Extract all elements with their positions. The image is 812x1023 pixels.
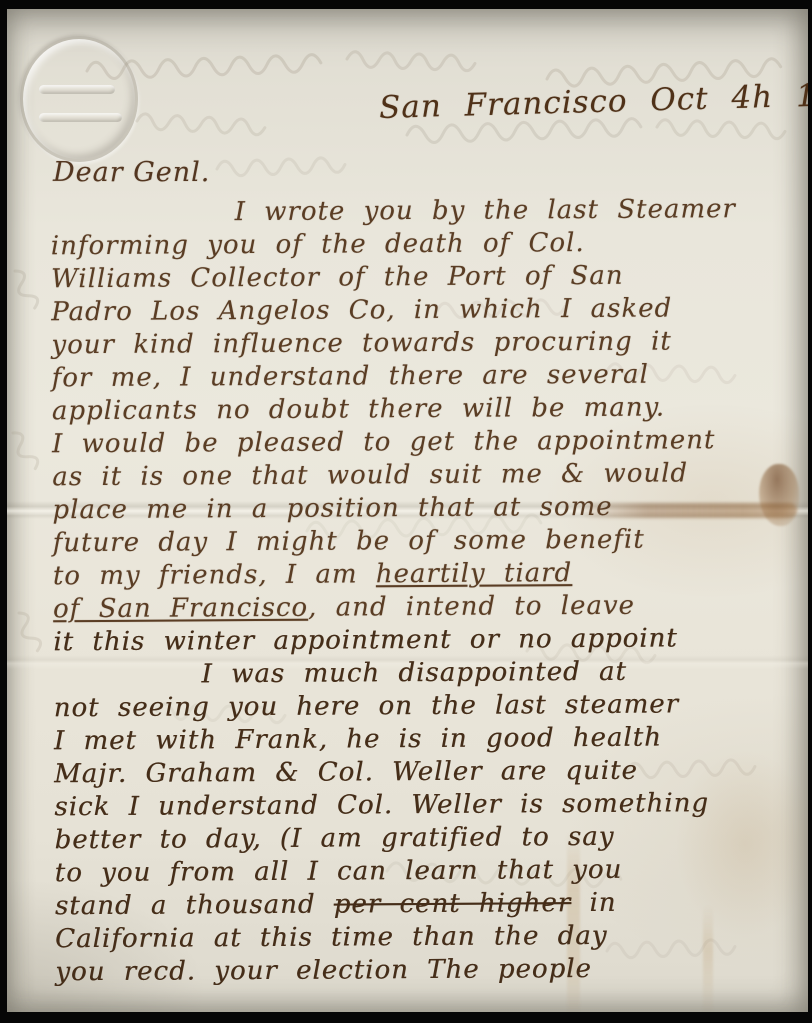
letter-text-segment: Williams Collector of the Port of San	[51, 261, 624, 294]
letter-text-segment: stand a thousand	[55, 890, 334, 922]
letter-line: you recd. your election The people	[55, 952, 803, 990]
letter-line: of San Francisco, and intend to leave	[53, 589, 801, 627]
letter-text-segment: I wrote you by the last Steamer	[235, 194, 736, 227]
letter-line: stand a thousand per cent higher in	[55, 886, 803, 924]
scan-border: San Francisco Oct 4h 1856 Dear Genl. I w…	[0, 0, 812, 1023]
letter-line: I met with Frank, he is in good health	[54, 721, 802, 759]
letter-text-segment: you recd. your election The people	[55, 954, 592, 987]
letter-text-segment: I would be pleased to get the appointmen…	[52, 425, 716, 459]
letter-text-segment: informing you of the death of Col.	[51, 228, 585, 261]
letter-line: sick I understand Col. Weller is somethi…	[54, 787, 802, 825]
letter-text-segment: I was much disappointed at	[201, 657, 627, 690]
salutation: Dear Genl.	[53, 157, 210, 188]
letter-text-segment: to my friends, I am	[53, 559, 376, 591]
letter-line: place me in a position that at some	[52, 490, 800, 528]
letter-line: Williams Collector of the Port of San	[51, 259, 799, 297]
letter-line: to my friends, I am heartily tiard	[53, 556, 801, 594]
letter-text-segment: your kind influence towards procuring it	[51, 327, 671, 361]
letter-line: as it is one that would suit me & would	[52, 457, 800, 495]
letter-text-segment: future day I might be of some benefit	[53, 525, 645, 559]
letter-text-segment: in	[571, 888, 617, 918]
letter-text-segment: heartily tiard	[376, 558, 573, 589]
letter-text-segment: applicants no doubt there will be many.	[52, 393, 665, 427]
letter-line: your kind influence towards procuring it	[51, 325, 799, 363]
letter-line: to you from all I can learn that you	[55, 853, 803, 891]
letter-line: future day I might be of some benefit	[53, 523, 801, 561]
letter-text-segment: not seeing you here on the last steamer	[54, 689, 679, 723]
dateline: San Francisco Oct 4h 1856	[379, 76, 808, 126]
letter-text-segment: for me, I understand there are several	[52, 360, 649, 394]
letter-text-segment: Majr. Graham & Col. Weller are quite	[54, 756, 638, 790]
letter-text-segment: I met with Frank, he is in good health	[54, 723, 662, 757]
letter-line: Majr. Graham & Col. Weller are quite	[54, 754, 802, 792]
letter-text-segment: better to day, (I am gratified to say	[54, 822, 614, 855]
letter-body: I wrote you by the last Steamerinforming…	[51, 193, 804, 990]
letter-text-segment: place me in a position that at some	[52, 492, 612, 525]
letter-text-segment: per cent higher	[334, 888, 572, 919]
letter-text-segment: as it is one that would suit me & would	[52, 458, 688, 492]
embossed-seal	[20, 36, 138, 162]
letter-text-segment: to you from all I can learn that you	[55, 855, 623, 888]
letter-line: for me, I understand there are several	[52, 358, 800, 396]
letter-line: I wrote you by the last Steamer	[235, 193, 799, 229]
letter-page: San Francisco Oct 4h 1856 Dear Genl. I w…	[7, 9, 808, 1012]
letter-line: not seeing you here on the last steamer	[54, 688, 802, 726]
letter-line: I would be pleased to get the appointmen…	[52, 424, 800, 462]
letter-text-segment: it this winter appointment or no appoint	[53, 623, 678, 657]
letter-text-segment: of San Francisco	[53, 593, 308, 625]
letter-line: it this winter appointment or no appoint	[53, 622, 801, 660]
letter-text-segment: California at this time than the day	[55, 921, 608, 954]
letter-line: applicants no doubt there will be many.	[52, 391, 800, 429]
letter-text-segment: Padro Los Angelos Co, in which I asked	[51, 293, 672, 327]
letter-line: better to day, (I am gratified to say	[54, 820, 802, 858]
letter-text-segment: , and intend to leave	[308, 591, 635, 623]
letter-text-segment: sick I understand Col. Weller is somethi…	[54, 788, 709, 822]
letter-line: I was much disappointed at	[201, 655, 801, 692]
letter-line: California at this time than the day	[55, 919, 803, 957]
letter-line: informing you of the death of Col.	[51, 226, 799, 264]
letter-line: Padro Los Angelos Co, in which I asked	[51, 292, 799, 330]
